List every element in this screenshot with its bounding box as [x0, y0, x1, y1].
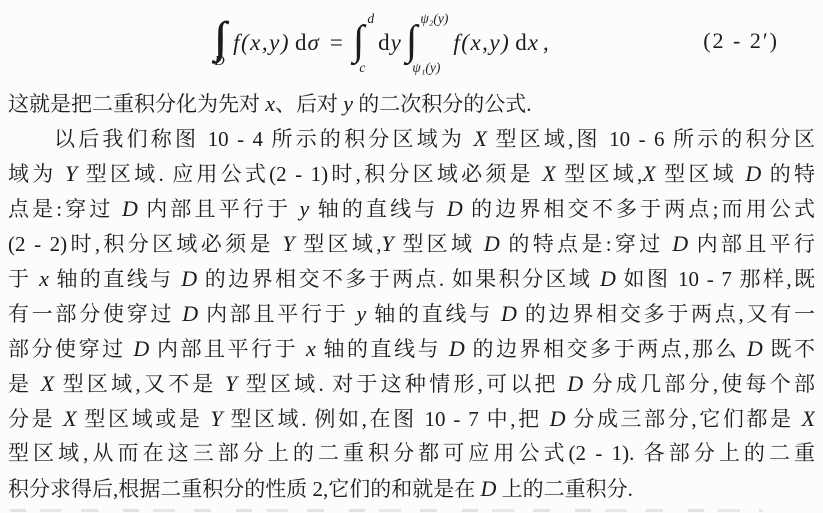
text-run: 型区域, — [556, 162, 642, 186]
inner-upper-limit: ψ₂(y) — [420, 12, 448, 26]
text-run: 型区域 — [656, 162, 746, 186]
equals-sign: = — [330, 30, 343, 56]
text-run: 型区域. 应用公式(2 - 1)时,积分区域必须是 — [77, 162, 542, 186]
text-run: 的边界相交不多于两点;而用公式 — [463, 197, 815, 221]
text-run: 的边界相交多于两点,又有一 — [517, 302, 815, 326]
text-run: 的边界相交不多于两点. 如果积分区域 — [197, 267, 600, 291]
text-run: 轴的直线与 — [309, 197, 447, 221]
text-run: 既不 — [763, 337, 815, 361]
text-line: 点是:穿过 D 内部且平行于 y 轴的直线与 D 的边界相交不多于两点;而用公式 — [8, 191, 815, 226]
differential-y: dy — [378, 30, 402, 56]
text-run: 积分求得后,根据二重积分的性质 2,它们的和就是在 — [8, 477, 481, 501]
text-run: 内部且平行于 — [149, 337, 306, 361]
text-run: (2 - 2)时,积分区域必须是 — [8, 232, 282, 256]
math-variable: D — [449, 336, 465, 361]
textbook-page: ∫∫ D f(x,y) dσ = ∫ d c dy ∫ ψ₂(y) ψ₁(y) — [0, 0, 823, 513]
text-line: 部分使穿过 D 内部且平行于 x 轴的直线与 D 的边界相交多于两点,那么 D … — [8, 331, 815, 366]
math-variable: D — [550, 406, 566, 431]
integrand-right: f(x,y) — [453, 30, 510, 56]
differential-x: dx — [515, 30, 539, 56]
text-run: 、后对 — [275, 92, 343, 116]
text-run: 内部且平行 — [688, 232, 815, 256]
text-run: 的二次积分的公式. — [353, 92, 532, 116]
math-variable: Y — [225, 371, 237, 396]
math-variable: D — [747, 336, 763, 361]
math-variable: D — [447, 196, 463, 221]
text-line: 是 X 型区域,又不是 Y 型区域. 对于这种情形,可以把 D 分成几部分,使每… — [8, 366, 815, 401]
text-run: 内部且平行于 — [198, 302, 356, 326]
text-line: 于 x 轴的直线与 D 的边界相交不多于两点. 如果积分区域 D 如图 10 -… — [8, 261, 815, 296]
text-line: 积分求得后,根据二重积分的性质 2,它们的和就是在 D 上的二重积分. — [8, 471, 815, 506]
math-variable: X — [802, 406, 815, 431]
text-run: 型区域,图 10 - 6 所示的积分区 — [487, 127, 815, 151]
math-variable: x — [39, 266, 49, 291]
math-variable: y — [300, 196, 310, 221]
text-line: 有一部分使穿过 D 内部且平行于 y 轴的直线与 D 的边界相交多于两点,又有一 — [8, 296, 815, 331]
math-variable: X — [642, 161, 655, 186]
integrand-left: f(x,y) — [233, 30, 290, 56]
text-line: 型区域,从而在这三部分上的二重积分都可应用公式(2 - 1). 各部分上的二重 — [8, 436, 815, 471]
outer-integral-limits: d c — [365, 12, 374, 74]
math-variable: y — [343, 91, 353, 116]
double-integral-formula: ∫∫ D f(x,y) dσ = ∫ d c dy ∫ ψ₂(y) ψ₁(y) — [215, 12, 549, 74]
text-run: 以后我们称图 10 - 4 所示的积分区域为 — [54, 127, 474, 151]
text-run: 型区域. 例如,在图 10 - 7 中,把 — [223, 407, 550, 431]
text-run: 内部且平行于 — [138, 197, 300, 221]
formula-comma: , — [543, 30, 549, 56]
double-integral-icon: ∫∫ — [215, 17, 226, 59]
math-variable: Y — [381, 231, 393, 256]
outer-upper-limit: d — [367, 12, 374, 26]
text-run: 如图 10 - 7 那样,既 — [616, 267, 815, 291]
text-run: 的特 — [761, 162, 815, 186]
text-run: 是 — [8, 372, 41, 396]
text-line: (2 - 2)时,积分区域必须是 Y 型区域,Y 型区域 D 的特点是:穿过 D… — [8, 226, 815, 261]
text-run: 分成三部分,它们都是 — [565, 407, 801, 431]
text-run: 上的二重积分. — [496, 477, 633, 501]
text-line: 域为 Y 型区域. 应用公式(2 - 1)时,积分区域必须是 X 型区域,X 型… — [8, 156, 815, 191]
text-run: 域为 — [8, 162, 65, 186]
outer-integral: ∫ d c — [353, 12, 374, 74]
math-variable: D — [745, 161, 761, 186]
text-line: 分是 X 型区域或是 Y 型区域. 例如,在图 10 - 7 中,把 D 分成三… — [8, 401, 815, 436]
math-variable: y — [357, 301, 367, 326]
integral-icon: ∫ — [353, 20, 365, 62]
inner-integral: ∫ ψ₂(y) ψ₁(y) — [406, 12, 449, 74]
text-run: 型区域. 对于这种情形,可以把 — [237, 372, 567, 396]
integration-domain-label: D — [215, 55, 225, 69]
text-run: 型区域或是 — [77, 407, 211, 431]
text-run: 的边界相交多于两点,那么 — [465, 337, 747, 361]
differential-sigma: dσ — [295, 30, 320, 56]
next-line-cutoff-artifact — [10, 509, 763, 512]
math-variable: D — [182, 301, 198, 326]
text-run: 于 — [8, 267, 39, 291]
math-variable: D — [484, 231, 500, 256]
math-variable: X — [474, 126, 487, 151]
text-line: 以后我们称图 10 - 4 所示的积分区域为 X 型区域,图 10 - 6 所示… — [8, 121, 815, 156]
equation-number: (2 - 2′) — [703, 28, 779, 54]
display-formula-row: ∫∫ D f(x,y) dσ = ∫ d c dy ∫ ψ₂(y) ψ₁(y) — [0, 0, 823, 86]
text-run: 这就是把二重积分化为先对 — [8, 92, 265, 116]
text-run: 型区域,从而在这三部分上的二重积分都可应用公式(2 - 1). 各部分上的二重 — [8, 441, 815, 465]
double-integral-symbol: ∫∫ D — [215, 17, 226, 69]
text-run: 的特点是:穿过 — [500, 232, 672, 256]
text-run: 型区域, — [295, 232, 382, 256]
math-variable: D — [567, 371, 583, 396]
math-variable: Y — [65, 161, 77, 186]
math-variable: x — [306, 336, 316, 361]
paragraph-text: 这就是把二重积分化为先对 x、后对 y 的二次积分的公式.以后我们称图 10 -… — [0, 86, 823, 506]
text-run: 分是 — [8, 407, 63, 431]
inner-integral-limits: ψ₂(y) ψ₁(y) — [418, 12, 448, 74]
text-line: 这就是把二重积分化为先对 x、后对 y 的二次积分的公式. — [8, 86, 815, 121]
text-run: 型区域,又不是 — [54, 372, 225, 396]
math-variable: X — [63, 406, 76, 431]
math-variable: D — [181, 266, 197, 291]
text-run: 点是:穿过 — [8, 197, 122, 221]
text-run: 部分使穿过 — [8, 337, 133, 361]
math-variable: Y — [210, 406, 222, 431]
math-variable: D — [501, 301, 517, 326]
math-variable: D — [133, 336, 149, 361]
math-variable: D — [600, 266, 616, 291]
text-run: 轴的直线与 — [316, 337, 449, 361]
text-run: 轴的直线与 — [366, 302, 501, 326]
text-run: 轴的直线与 — [49, 267, 181, 291]
math-variable: x — [265, 91, 275, 116]
math-variable: D — [672, 231, 688, 256]
math-variable: Y — [282, 231, 294, 256]
integral-icon: ∫ — [406, 20, 418, 62]
math-variable: X — [542, 161, 555, 186]
math-variable: D — [122, 196, 138, 221]
math-variable: X — [41, 371, 54, 396]
math-variable: D — [481, 476, 497, 501]
text-run: 分成几部分,使每个部 — [583, 372, 815, 396]
text-run: 型区域 — [394, 232, 484, 256]
text-run: 有一部分使穿过 — [8, 302, 182, 326]
